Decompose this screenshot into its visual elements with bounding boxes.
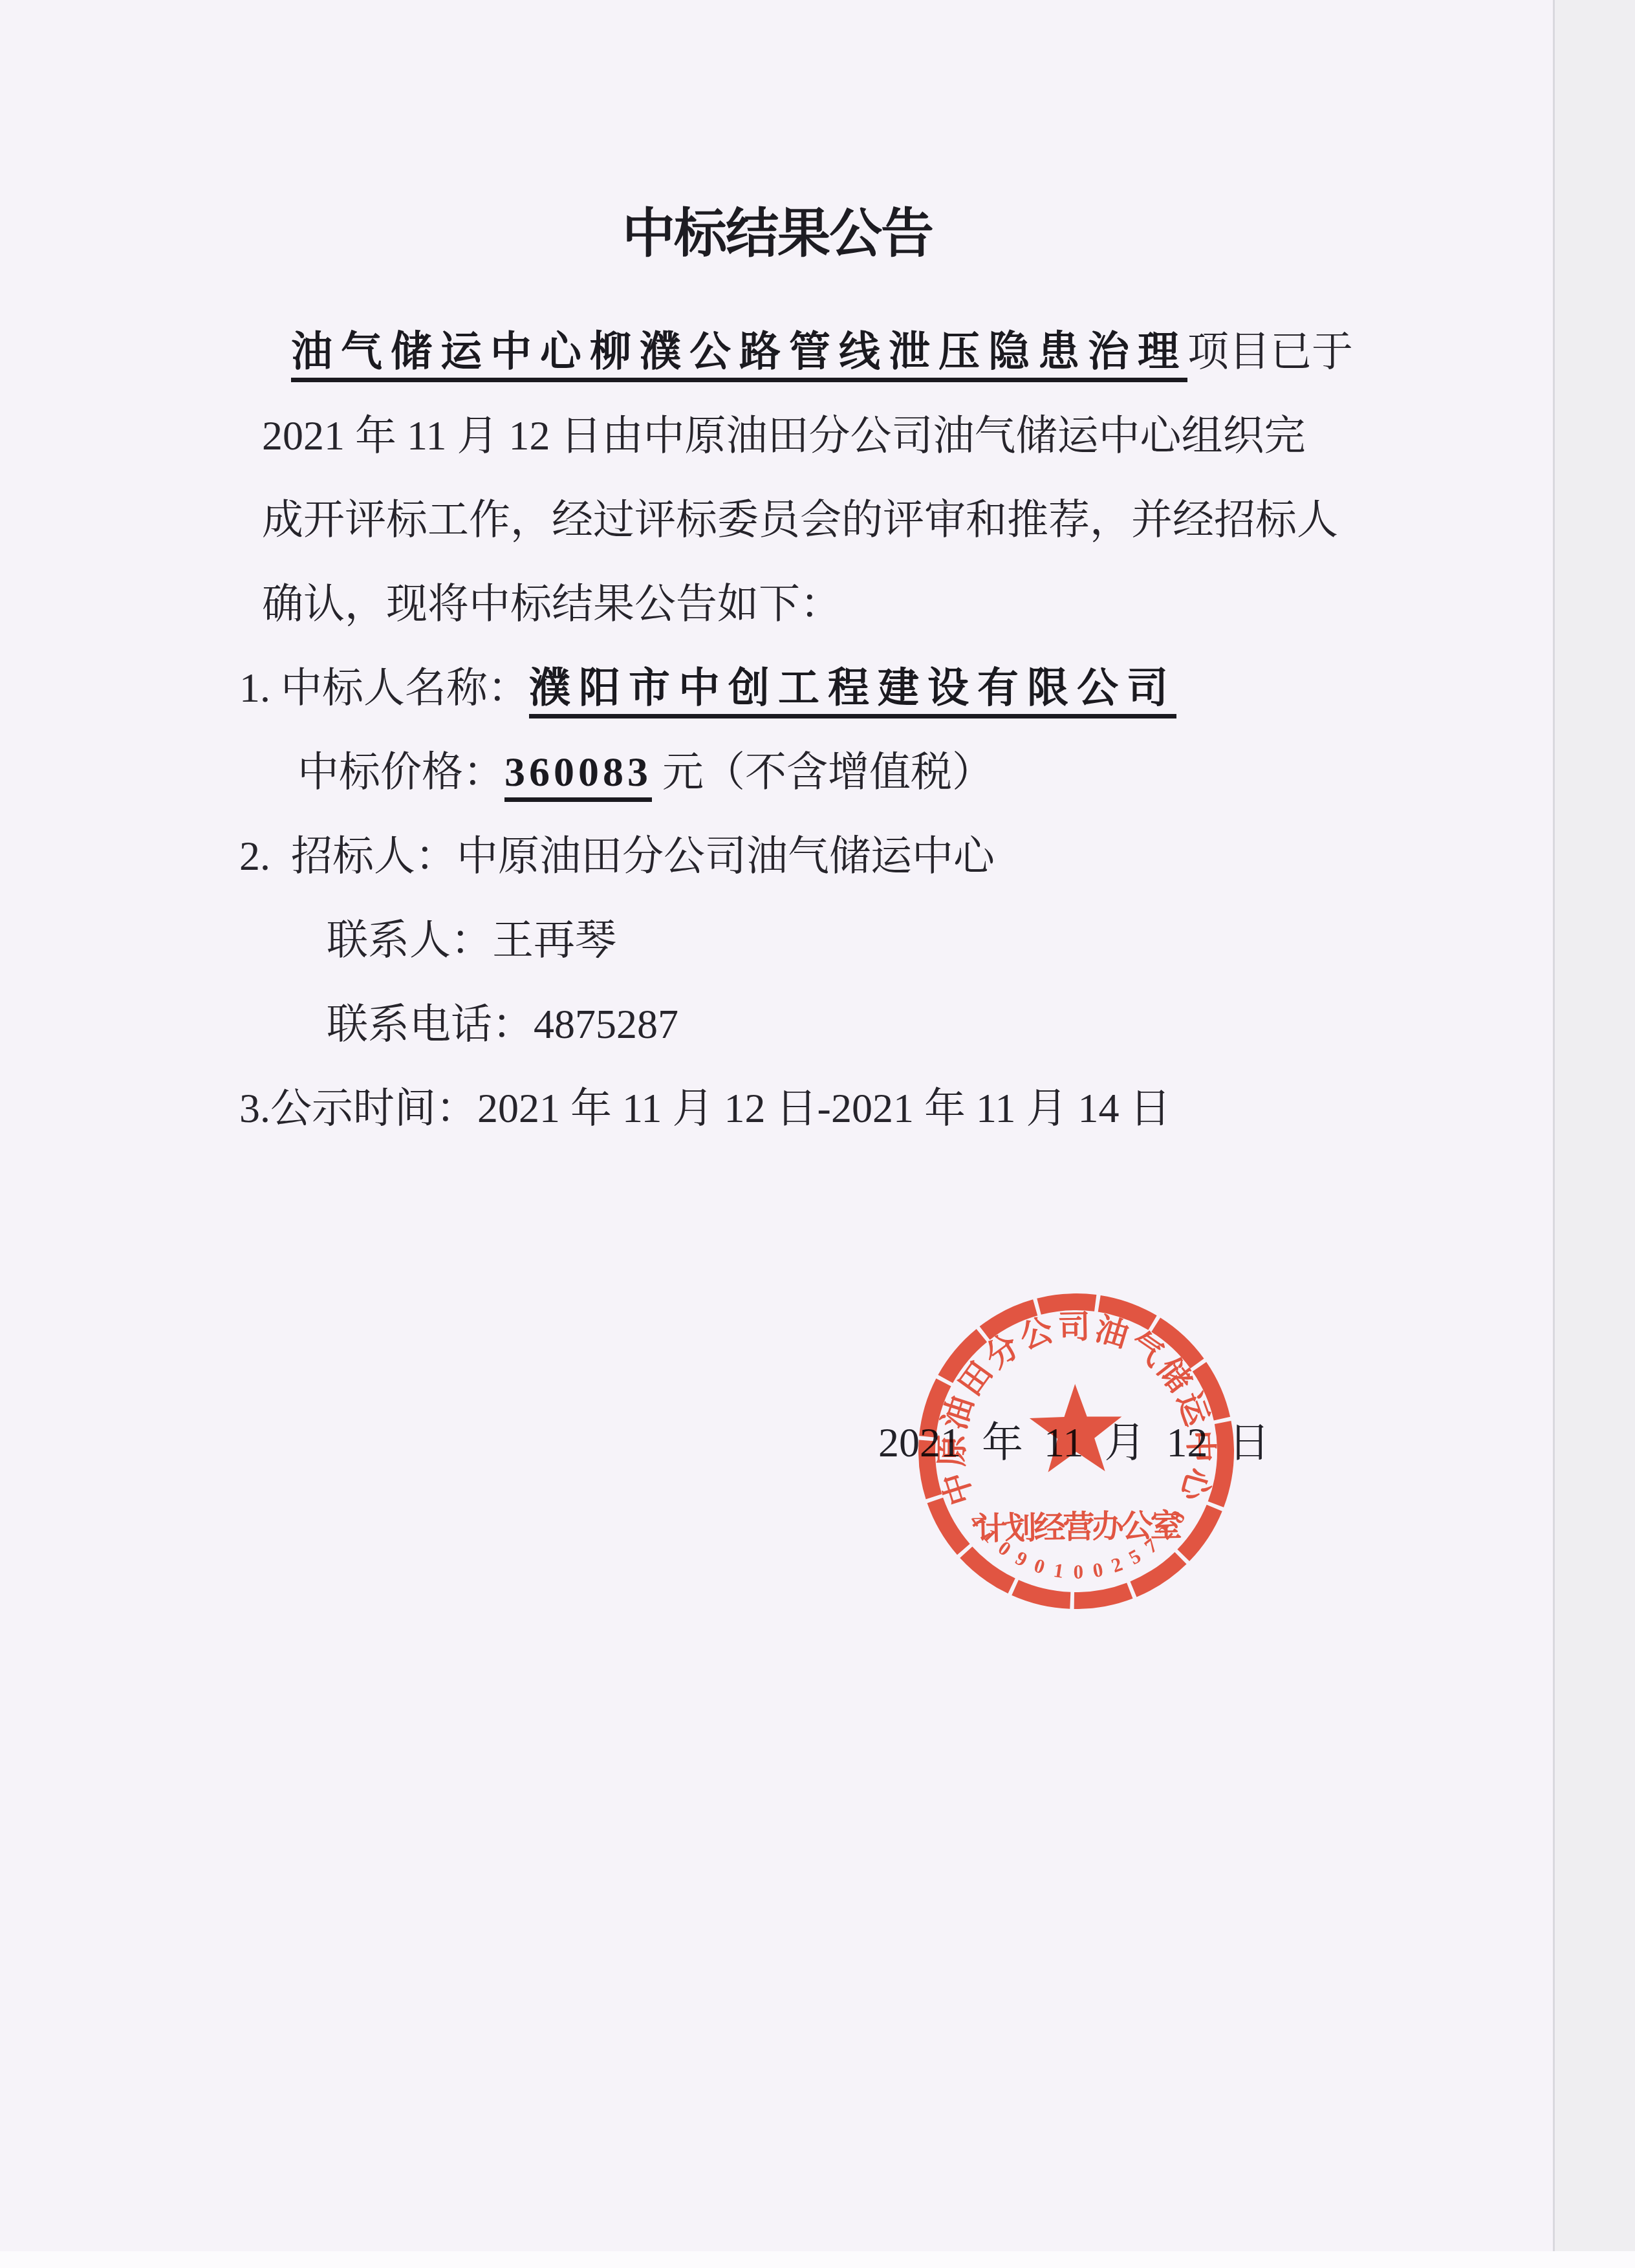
price-suffix: 元（不含增值税） — [652, 749, 993, 795]
paragraph-line-1: 油气储运中心柳濮公路管线泄压隐患治理项目已于 — [0, 310, 1555, 394]
scanner-edge-bottom — [0, 2251, 1635, 2268]
paragraph-line-1-rest: 项目已于 — [1187, 329, 1353, 374]
paragraph-line-2: 2021 年 11 月 12 日由中原油田分公司油气储运中心组织完 — [0, 394, 1555, 478]
price-label: 中标价格： — [298, 749, 504, 795]
list-item-tenderer: 2. 招标人：中原油田分公司油气储运中心 — [0, 814, 1555, 898]
price-amount-underlined: 360083 — [504, 749, 652, 802]
paragraph-line-4: 确认，现将中标结果公告如下： — [0, 562, 1555, 646]
project-name-underlined: 油气储运中心柳濮公路管线泄压隐患治理 — [291, 329, 1187, 382]
official-red-seal: 中原油田分公司油气储运中心 计划经营办公室 4109010025728 — [916, 1291, 1237, 1612]
list-item-publicity-period: 3.公示时间：2021 年 11 月 12 日-2021 年 11 月 14 日 — [0, 1066, 1555, 1150]
list-item-winner: 1. 中标人名称：濮阳市中创工程建设有限公司 — [0, 646, 1555, 730]
paragraph-line-3: 成开评标工作，经过评标委员会的评审和推荐，并经招标人 — [0, 478, 1555, 562]
list-item-contact-person: 联系人：王再琴 — [0, 898, 1555, 982]
document-body: 油气储运中心柳濮公路管线泄压隐患治理项目已于 2021 年 11 月 12 日由… — [0, 310, 1555, 1150]
winner-label: 1. 中标人名称： — [239, 665, 529, 711]
winner-company-underlined: 濮阳市中创工程建设有限公司 — [529, 665, 1176, 718]
scanned-document-page: 中标结果公告 油气储运中心柳濮公路管线泄压隐患治理项目已于 2021 年 11 … — [0, 0, 1635, 2268]
seal-star-icon — [1029, 1383, 1123, 1473]
list-item-price: 中标价格：360083 元（不含增值税） — [0, 730, 1555, 814]
scanner-edge-right — [1553, 0, 1635, 2268]
page-title: 中标结果公告 — [0, 191, 1555, 267]
list-item-contact-phone: 联系电话：4875287 — [0, 982, 1555, 1066]
